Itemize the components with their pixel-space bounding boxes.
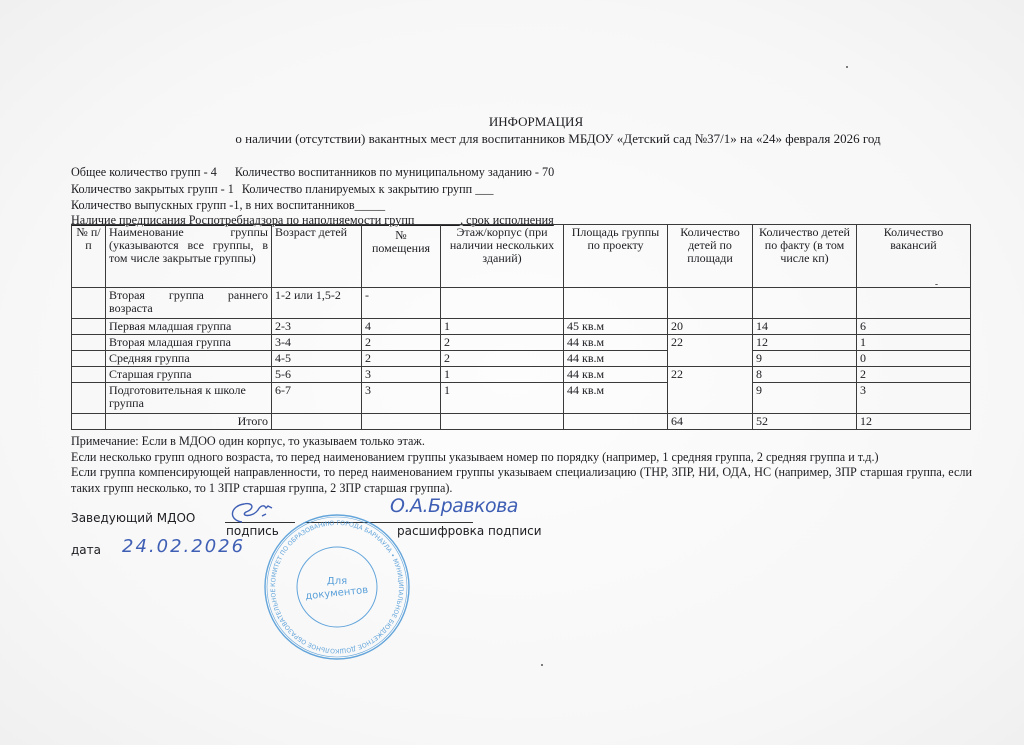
cell-capacity — [668, 288, 753, 319]
stamp-center-line-1: Для — [327, 576, 347, 587]
cell-actual — [753, 288, 857, 319]
table-row: Подготовительная к школе группа 6-7 3 1 … — [72, 383, 971, 414]
municipal-quota: Количество воспитанников по муниципально… — [235, 165, 554, 179]
handwritten-date: 24.02.2026 — [122, 536, 245, 557]
note-line-3: Если группа компенсирующей направленност… — [71, 464, 972, 496]
note-line-2: Если несколько групп одного возраста, то… — [71, 449, 972, 465]
cell-area: 44 кв.м — [564, 335, 668, 351]
cell-actual: 8 — [753, 367, 857, 383]
cell-area — [564, 288, 668, 319]
cell-vacancies: 6 — [857, 319, 971, 335]
table-row: Старшая группа 5-6 3 1 44 кв.м 22 8 2 — [72, 367, 971, 383]
cell-room: - — [362, 288, 441, 319]
cell-room: 4 — [362, 319, 441, 335]
cell-age: 4-5 — [272, 351, 362, 367]
cell-room: 3 — [362, 383, 441, 414]
summary-line-1: Общее количество групп - 4Количество вос… — [71, 165, 554, 180]
cell-num — [72, 414, 106, 430]
cell-num — [72, 367, 106, 383]
cell-area — [564, 414, 668, 430]
cell-name: Вторая младшая группа — [106, 335, 272, 351]
cell-age: 5-6 — [272, 367, 362, 383]
scan-speck — [846, 66, 848, 68]
cell-floor — [441, 288, 564, 319]
total-capacity: 64 — [668, 414, 753, 430]
cell-floor: 1 — [441, 319, 564, 335]
stamp-center-line-2: документов — [305, 585, 369, 603]
scan-speck — [541, 664, 543, 666]
header-num: № п/п — [72, 225, 106, 288]
cell-area: 44 кв.м — [564, 351, 668, 367]
official-stamp-icon: КОМИТЕТ ПО ОБРАЗОВАНИЮ ГОРОДА БАРНАУЛА •… — [262, 512, 412, 662]
document-page: ИНФОРМАЦИЯ о наличии (отсутствии) вакант… — [0, 0, 1024, 745]
cell-name: Подготовительная к школе группа — [106, 383, 272, 414]
table-header-row: № п/п Наименование группы (указываются в… — [72, 225, 971, 288]
cell-age: 3-4 — [272, 335, 362, 351]
cell-vacancies: 2 — [857, 367, 971, 383]
header-actual: Количество детей по факту (в том числе к… — [753, 225, 857, 288]
header-vacancies: Количество вакансий — [857, 225, 971, 288]
cell-vacancies — [857, 288, 971, 319]
summary-line-2: Количество закрытых групп - 1Количество … — [71, 182, 493, 197]
cell-num — [72, 383, 106, 414]
cell-vacancies: 1 — [857, 335, 971, 351]
graduating-groups: Количество выпускных групп -1, в них вос… — [71, 198, 385, 213]
cell-vacancies: 3 — [857, 383, 971, 414]
cell-actual: 14 — [753, 319, 857, 335]
cell-name: Старшая группа — [106, 367, 272, 383]
cell-vacancies: 0 — [857, 351, 971, 367]
table-row: Первая младшая группа 2-3 4 1 45 кв.м 20… — [72, 319, 971, 335]
table-row: Вторая младшая группа 3-4 2 2 44 кв.м 22… — [72, 335, 971, 351]
cell-capacity-merged: 22 — [668, 367, 753, 414]
total-vacancies: 12 — [857, 414, 971, 430]
date-label: дата — [71, 543, 101, 557]
cell-floor: 2 — [441, 335, 564, 351]
planned-closures: Количество планируемых к закрытию групп … — [242, 182, 494, 196]
cell-room — [362, 414, 441, 430]
cell-floor — [441, 414, 564, 430]
total-label: Итого — [106, 414, 272, 430]
header-age: Возраст детей — [272, 225, 362, 288]
cell-age: 6-7 — [272, 383, 362, 414]
cell-num — [72, 335, 106, 351]
header-floor: Этаж/корпус (при наличии нескольких здан… — [441, 225, 564, 288]
position-label: Заведующий МДОО — [71, 511, 195, 525]
cell-num — [72, 288, 106, 319]
cell-area: 45 кв.м — [564, 319, 668, 335]
cell-name: Средняя группа — [106, 351, 272, 367]
cell-floor: 2 — [441, 351, 564, 367]
cell-name: Первая младшая группа — [106, 319, 272, 335]
cell-num — [72, 351, 106, 367]
header-name: Наименование группы (указываются все гру… — [106, 225, 272, 288]
cell-actual: 12 — [753, 335, 857, 351]
cell-floor: 1 — [441, 383, 564, 414]
cell-room: 2 — [362, 335, 441, 351]
cell-age — [272, 414, 362, 430]
header-capacity: Количество детей по площади — [668, 225, 753, 288]
closed-groups: Количество закрытых групп - 1 — [71, 182, 234, 196]
cell-room: 3 — [362, 367, 441, 383]
cell-age: 2-3 — [272, 319, 362, 335]
cell-area: 44 кв.м — [564, 383, 668, 414]
cell-actual: 9 — [753, 383, 857, 414]
scan-speck — [935, 284, 938, 285]
cell-capacity: 20 — [668, 319, 753, 335]
table-row: Вторая группа раннего возраста 1-2 или 1… — [72, 288, 971, 319]
cell-age: 1-2 или 1,5-2 — [272, 288, 362, 319]
vacancies-table: № п/п Наименование группы (указываются в… — [71, 224, 971, 430]
cell-room: 2 — [362, 351, 441, 367]
total-groups: Общее количество групп - 4 — [71, 165, 217, 179]
cell-actual: 9 — [753, 351, 857, 367]
cell-name: Вторая группа раннего возраста — [106, 288, 272, 319]
table-row: Средняя группа 4-5 2 2 44 кв.м 9 0 — [72, 351, 971, 367]
total-actual: 52 — [753, 414, 857, 430]
document-title: ИНФОРМАЦИЯ — [24, 114, 1024, 130]
cell-num — [72, 319, 106, 335]
header-room: № помещения — [362, 225, 441, 288]
document-subtitle: о наличии (отсутствии) вакантных мест дл… — [46, 131, 1024, 147]
table-total-row: Итого 64 52 12 — [72, 414, 971, 430]
note-line-1: Примечание: Если в МДОО один корпус, то … — [71, 433, 972, 449]
decode-caption: расшифровка подписи — [397, 524, 542, 538]
cell-capacity-merged: 22 — [668, 335, 753, 367]
cell-floor: 1 — [441, 367, 564, 383]
header-area: Площадь группы по проекту — [564, 225, 668, 288]
cell-area: 44 кв.м — [564, 367, 668, 383]
